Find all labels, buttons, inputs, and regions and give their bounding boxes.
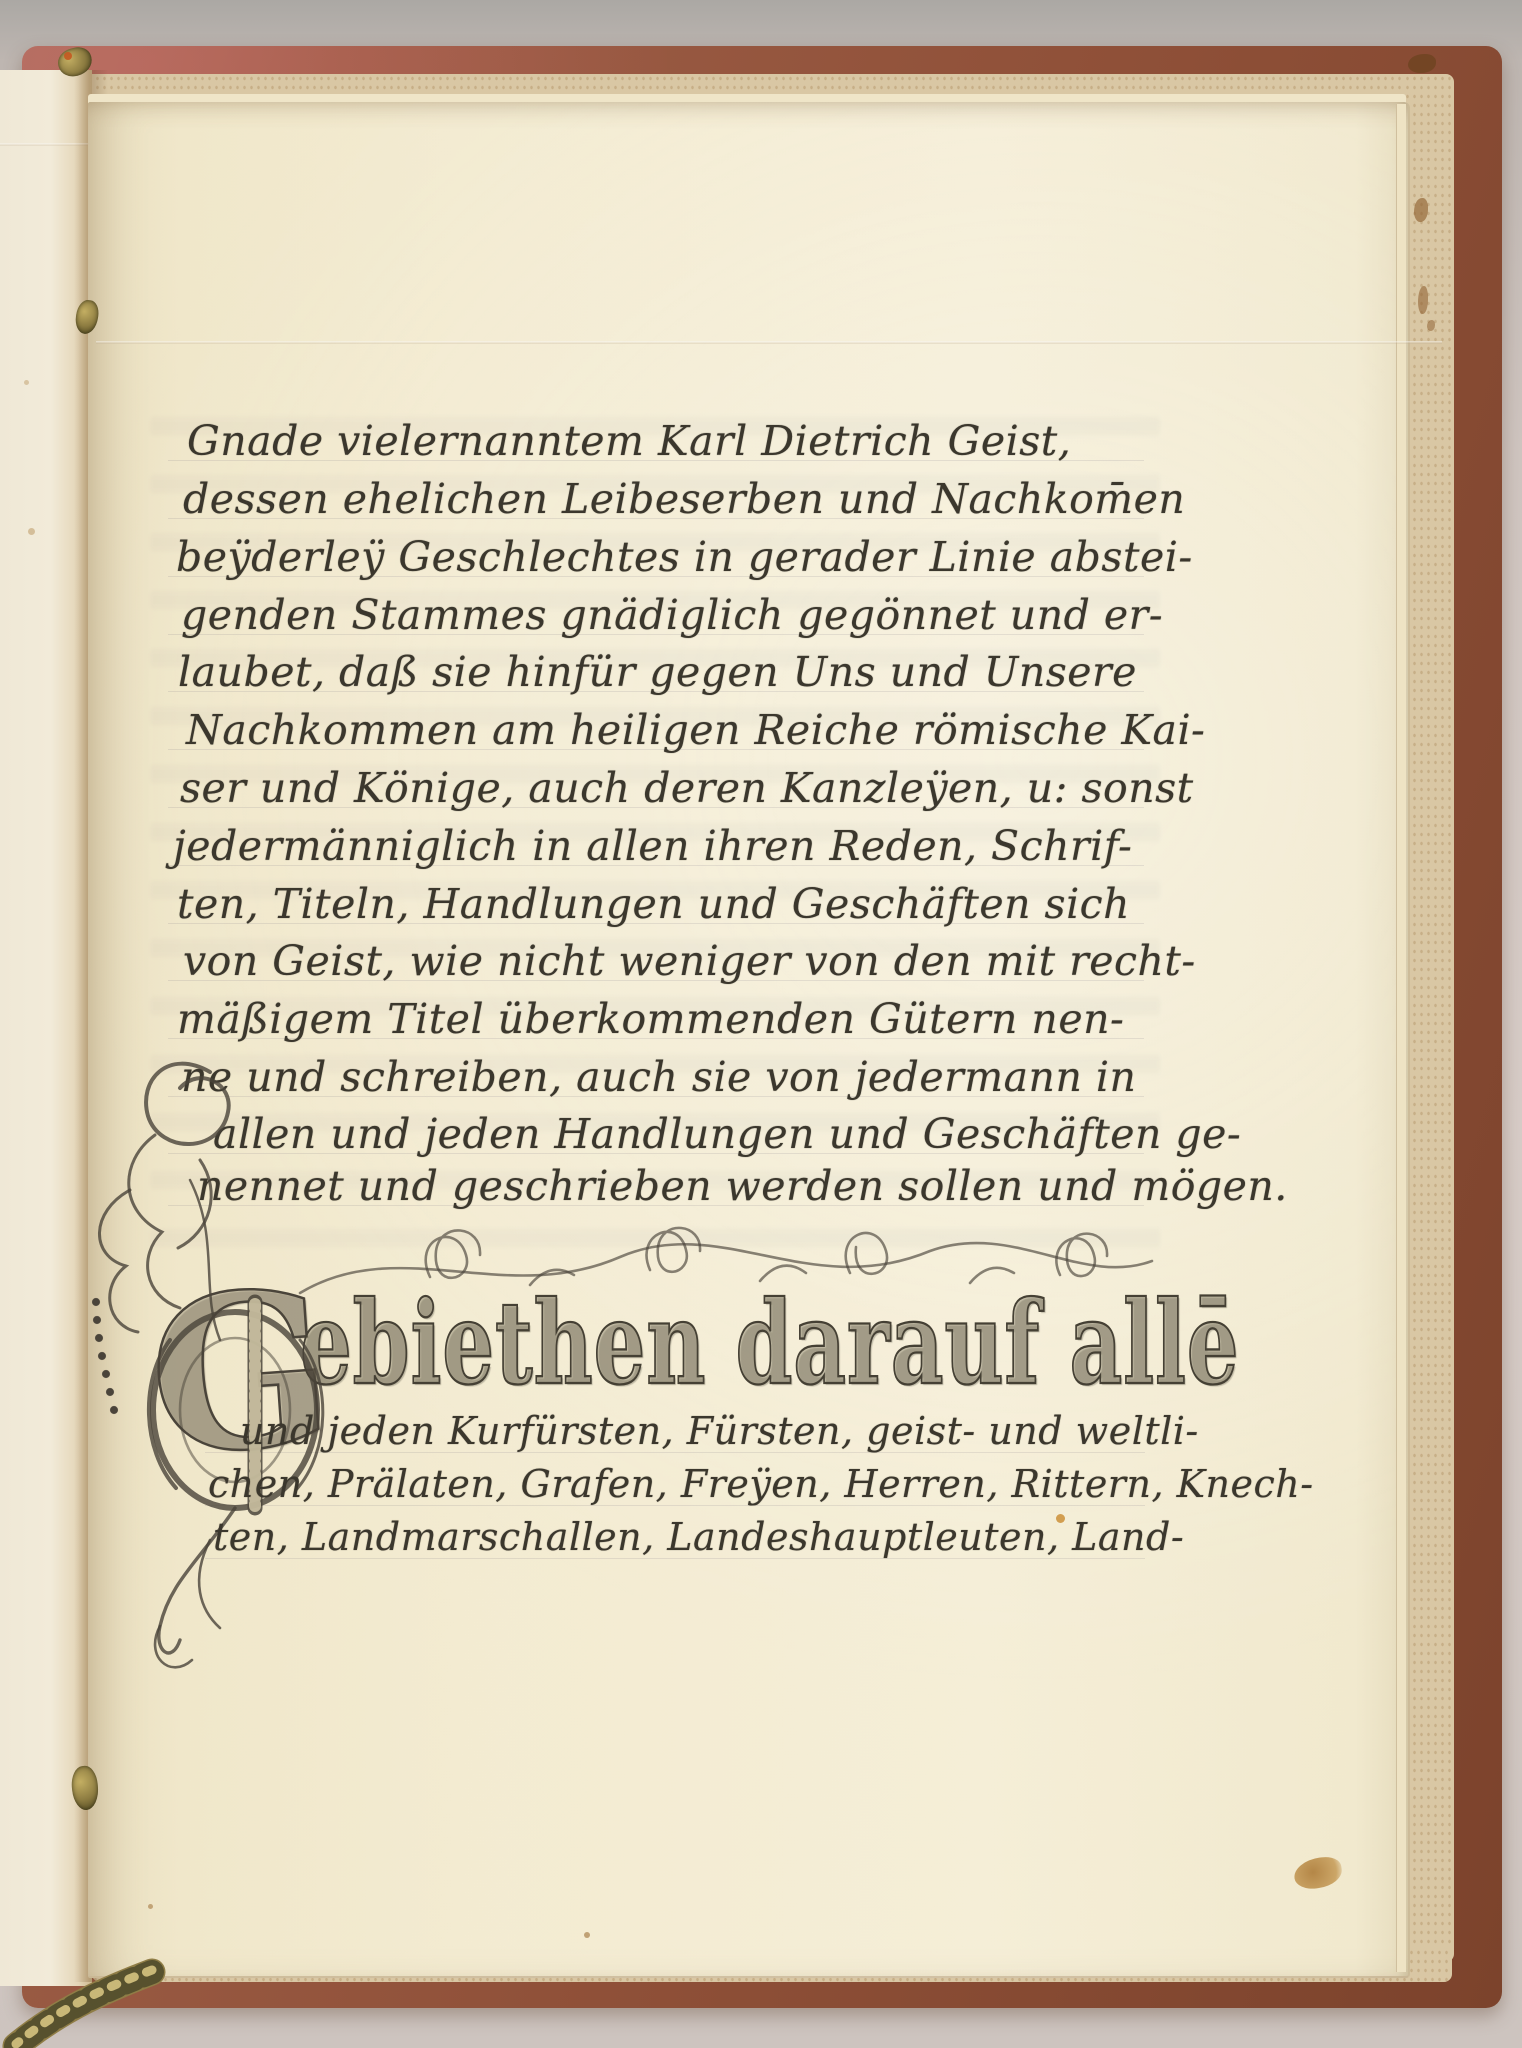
manuscript-line-2: dessen ehelichen Leibeserben und Nachkom… <box>183 475 1185 523</box>
manuscript-line-3: beÿderleÿ Geschlechtes in gerader Linie … <box>176 533 1193 581</box>
manuscript-line-5: laubet, daß sie hinfür gegen Uns und Uns… <box>178 648 1137 696</box>
manuscript-line-13: allen und jeden Handlungen und Geschäfte… <box>213 1110 1241 1158</box>
cap-flourishes-ornament <box>290 1215 1160 1315</box>
manuscript-line-1: Gnade vielernanntem Karl Dietrich Geist, <box>187 417 1071 465</box>
manuscript-line-9: ten, Titeln, Handlungen und Geschäften s… <box>177 880 1130 928</box>
manuscript-line-17: ten, Landmarschallen, Landeshauptleuten,… <box>213 1515 1184 1559</box>
scanned-manuscript-page: Gnade vielernanntem Karl Dietrich Geist,… <box>0 0 1522 2048</box>
page-crease <box>96 341 1442 344</box>
foxing-spot <box>24 380 29 385</box>
manuscript-line-8: jedermänniglich in allen ihren Reden, Sc… <box>173 822 1132 870</box>
foxing-spot <box>584 1932 590 1938</box>
manuscript-line-6: Nachkommen am heiligen Reiche römische K… <box>186 706 1205 754</box>
manuscript-line-16: chen, Prälaten, Grafen, Freÿen, Herren, … <box>208 1462 1314 1506</box>
foxing-spot <box>64 52 72 60</box>
manuscript-line-10: von Geist, wie nicht weniger von den mit… <box>183 937 1196 985</box>
manuscript-line-14: nennet und geschrieben werden sollen und… <box>197 1162 1288 1210</box>
manuscript-line-7: ser und Könige, auch deren Kanzleÿen, u:… <box>180 764 1194 812</box>
binding-cord <box>0 1958 180 2048</box>
acanthus-flourish-ornament <box>50 1040 360 1670</box>
under-sheet-edge-right <box>1396 104 1406 1972</box>
page-block-fore-edge <box>1404 74 1454 1962</box>
manuscript-line-15: und jeden Kurfürsten, Fürsten, geist- un… <box>240 1409 1199 1453</box>
foxing-spot <box>28 528 35 535</box>
foxing-spot <box>1056 1514 1065 1523</box>
foxing-spot <box>148 1904 153 1909</box>
manuscript-line-4: genden Stammes gnädiglich gegönnet und e… <box>181 591 1163 639</box>
manuscript-line-11: mäßigem Titel überkommenden Gütern nen- <box>177 995 1124 1043</box>
